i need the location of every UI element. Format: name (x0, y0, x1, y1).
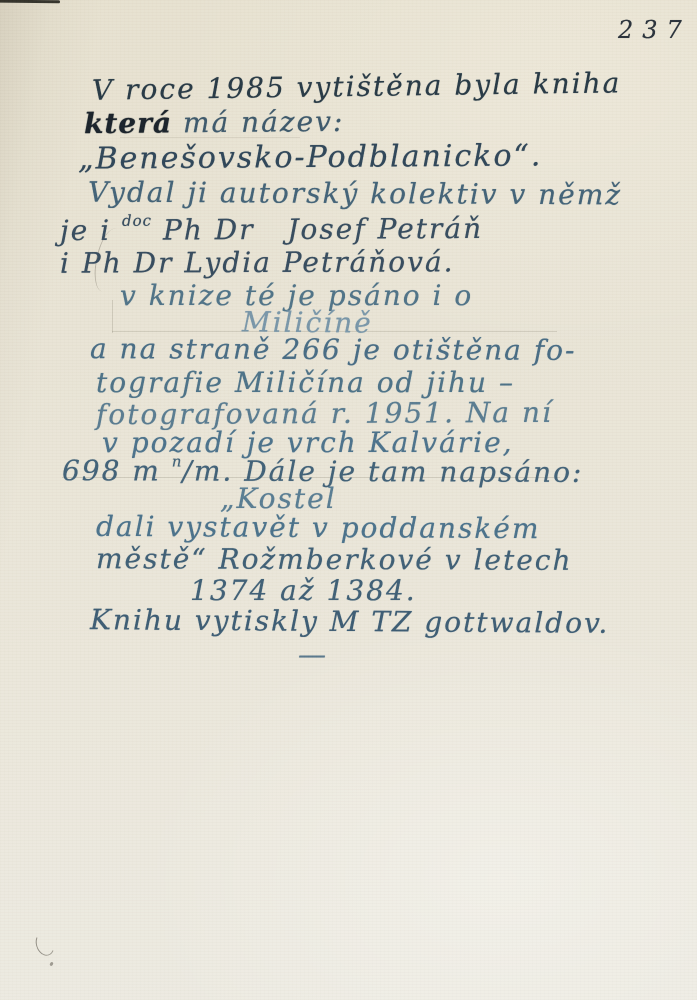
pencil-hook-mark (33, 930, 58, 958)
superscript-abbreviation: n (172, 452, 183, 470)
manuscript-line-16: městě“ Rožmberkové v letech (96, 542, 573, 577)
manuscript-line-15: dali vystavět v poddanském (96, 510, 541, 545)
line-text: má název: (172, 105, 345, 140)
manuscript-end-dash: — (298, 638, 328, 671)
manuscript-line-1: V roce 1985 vytištěna byla kniha (92, 66, 622, 106)
overwritten-word: která (84, 106, 172, 140)
manuscript-line-4: Vydal ji autorský kolektiv v němž (88, 176, 622, 212)
manuscript-line-6: i Ph Dr Lydia Petráňová. (60, 245, 455, 279)
manuscript-line-2: která má název: (84, 105, 345, 140)
line-text: je i (60, 214, 122, 247)
manuscript-line-9: a na straně 266 je otištěna fo- (90, 332, 577, 367)
pencil-guideline (112, 300, 113, 333)
superscript-insertion: doc (122, 212, 152, 230)
line-text: Ph Dr Josef Petráň (152, 212, 483, 247)
notebook-page: 237 V roce 1985 vytištěna byla kniha kte… (0, 0, 697, 1000)
manuscript-line-18: Knihu vytiskly M TZ gottwaldov. (90, 603, 610, 640)
ink-speck (49, 962, 54, 967)
manuscript-line-3-book-title: „Benešovsko-Podblanicko“. (78, 138, 543, 176)
page-number: 237 (618, 16, 691, 44)
manuscript-line-17: 1374 až 1384. (190, 574, 417, 607)
line-text: 698 m (62, 454, 172, 487)
manuscript-line-5: je i doc Ph Dr Josef Petráň (60, 210, 483, 247)
photo-edge-artifact (0, 0, 60, 3)
manuscript-line-10: tografie Miličína od jihu – (96, 366, 515, 399)
